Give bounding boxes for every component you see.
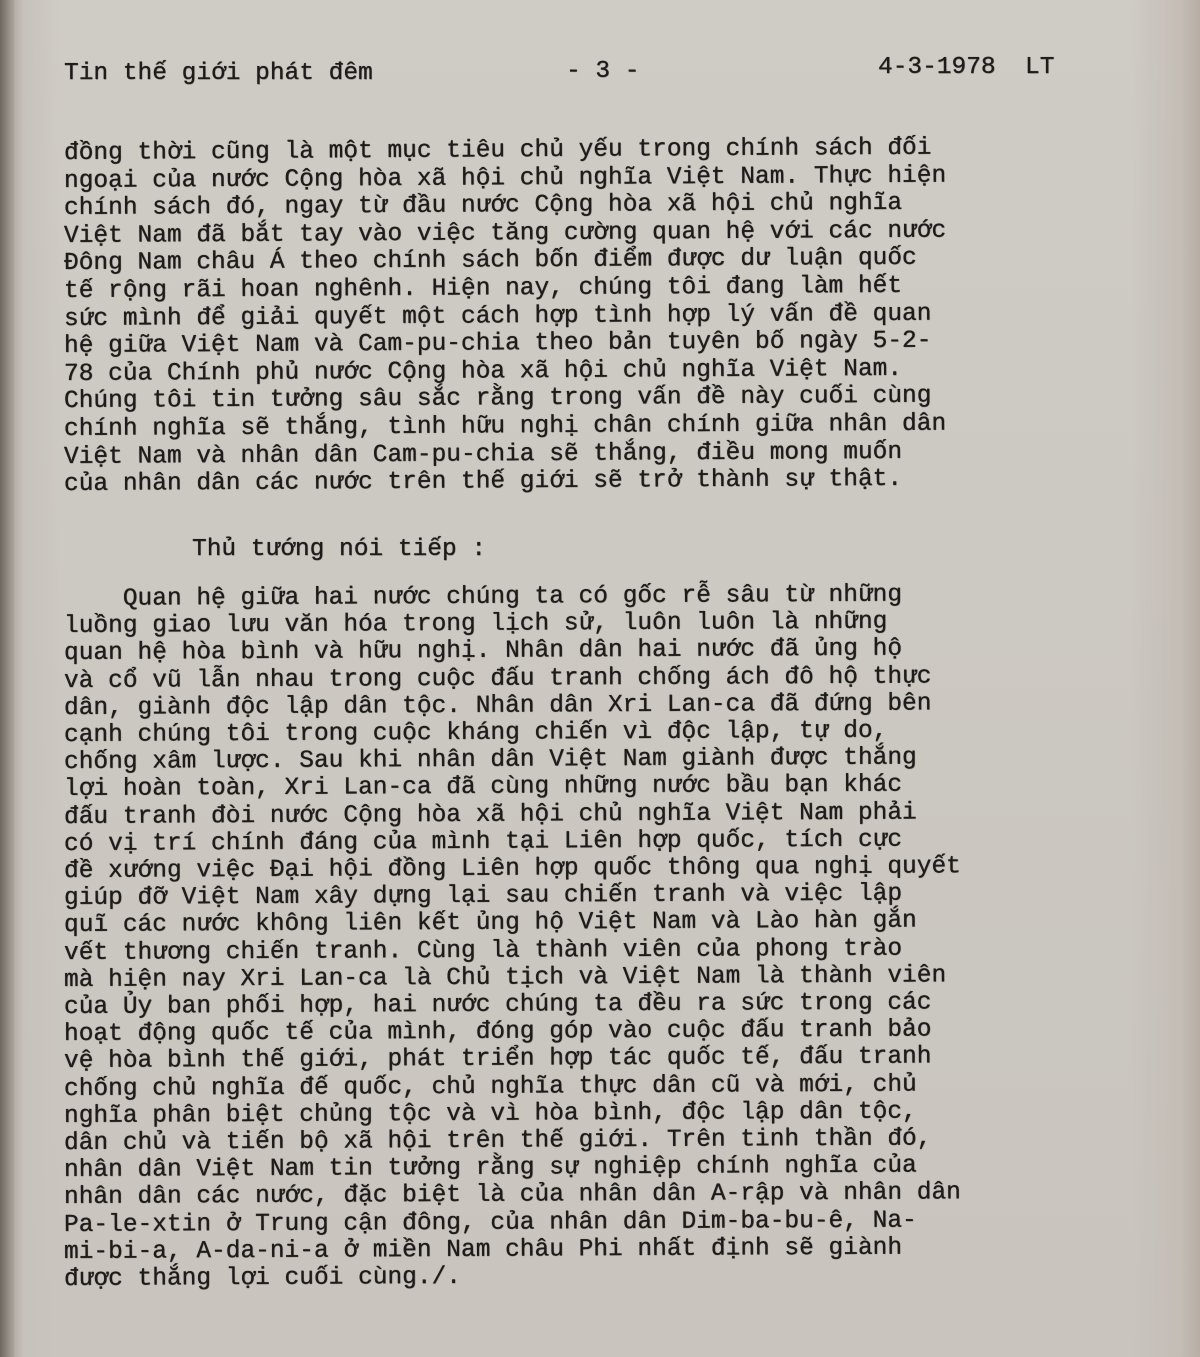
text-line: được thắng lợi cuối cùng./. [64, 1264, 461, 1294]
section-heading: Thủ tướng nói tiếp : [192, 536, 486, 564]
header-date-code: 4-3-1978 LT [878, 54, 1054, 82]
book-spine-shadow [0, 0, 14, 1357]
text-line: mi-bi-a, A-da-ni-a ở miền Nam châu Phi n… [64, 1234, 902, 1266]
text-line: của nhân dân các nước trên thế giới sẽ t… [64, 466, 902, 499]
page-number: - 3 - [566, 58, 640, 86]
header-title: Tin thế giới phát đêm [64, 60, 373, 88]
scanned-page: Tin thế giới phát đêm - 3 - 4-3-1978 LT … [0, 0, 1200, 1357]
